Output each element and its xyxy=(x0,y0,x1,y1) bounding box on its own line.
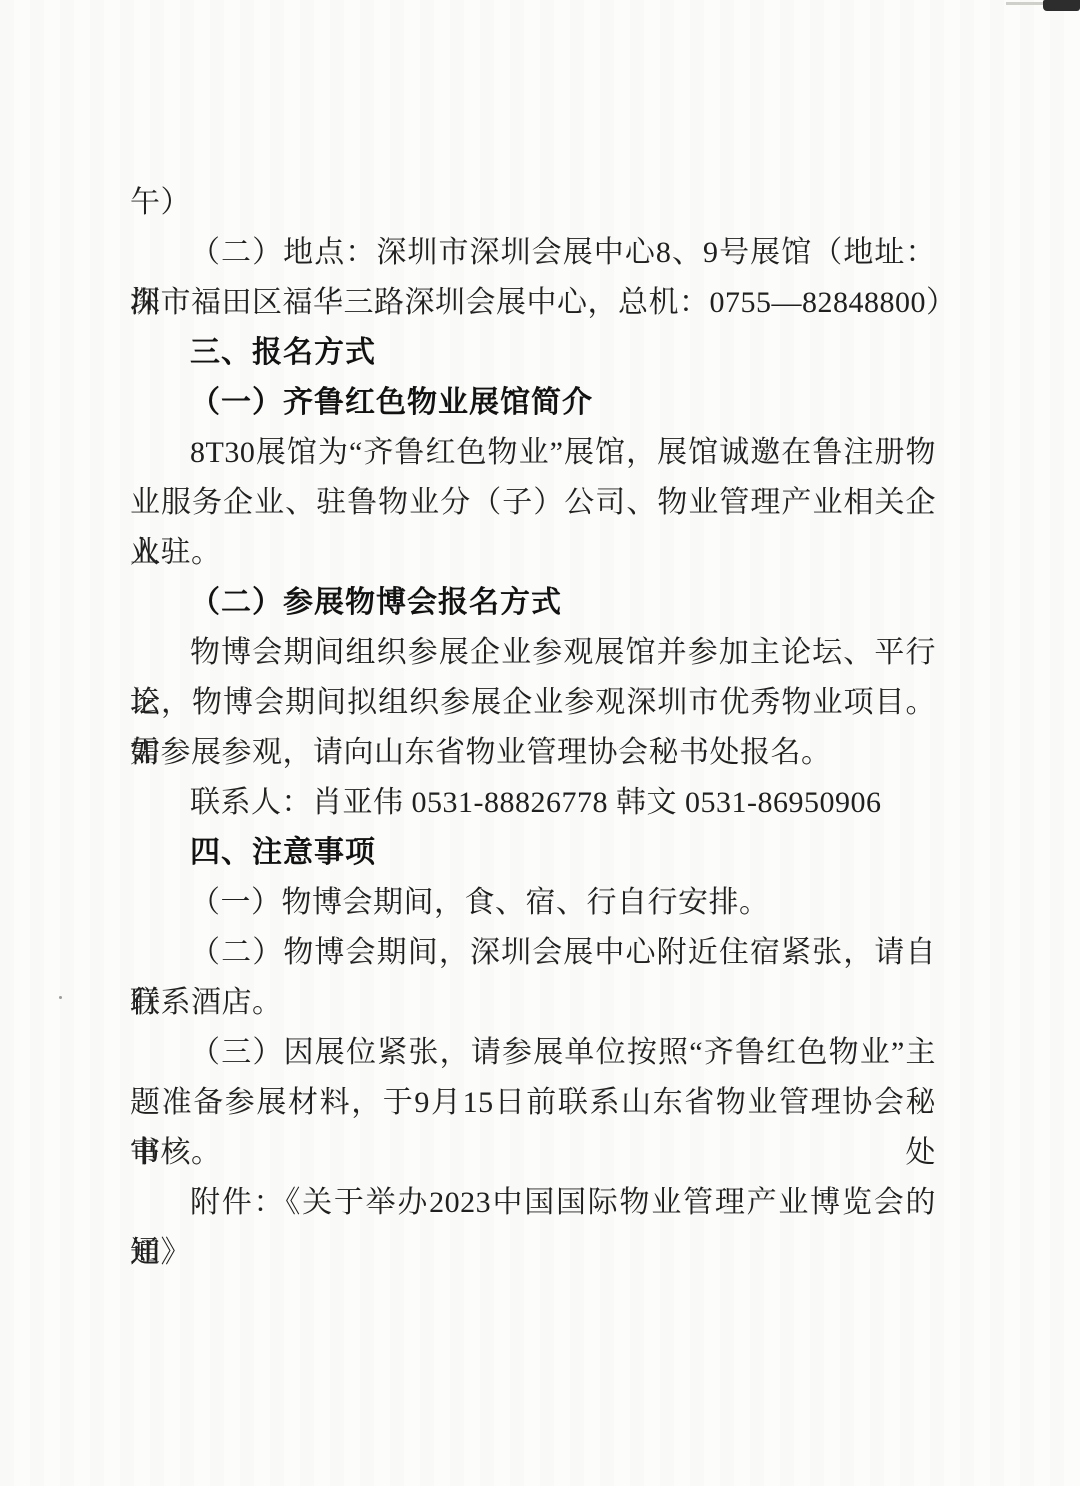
text-line: 业服务企业、驻鲁物业分（子）公司、物业管理产业相关企业 xyxy=(130,478,936,528)
scanned-document-page: 午）（二）地点：深圳市深圳会展中心8、9号展馆（地址：深圳市福田区福华三路深圳会… xyxy=(0,0,1080,1486)
text-line: 联系人：肖亚伟 0531-88826778 韩文 0531-86950906 xyxy=(130,778,936,828)
text-line: 知》 xyxy=(130,1228,936,1278)
heading-line: （一）齐鲁红色物业展馆简介 xyxy=(130,378,936,428)
text-line: 圳市福田区福华三路深圳会展中心，总机：0755—82848800） xyxy=(130,278,936,328)
text-line: 题准备参展材料，于9月15日前联系山东省物业管理协会秘书处 xyxy=(130,1078,936,1128)
text-line: 附件：《关于举办2023中国国际物业管理产业博览会的通 xyxy=(130,1178,936,1228)
text-line: 午） xyxy=(130,178,936,228)
text-line: （一）物博会期间，食、宿、行自行安排。 xyxy=(130,878,936,928)
scan-artifact-line xyxy=(1006,2,1044,5)
text-line: 物博会期间组织参展企业参观展馆并参加主论坛、平行论 xyxy=(130,628,936,678)
heading-line: 三、报名方式 xyxy=(130,328,936,378)
text-line: 坛，物博会期间拟组织参展企业参观深圳市优秀物业项目。如 xyxy=(130,678,936,728)
scan-artifact xyxy=(1043,0,1080,11)
text-line: （三）因展位紧张，请参展单位按照“齐鲁红色物业”主 xyxy=(130,1028,936,1078)
heading-line: 四、注意事项 xyxy=(130,828,936,878)
text-line: （二）物博会期间，深圳会展中心附近住宿紧张，请自行 xyxy=(130,928,936,978)
scan-speck xyxy=(59,996,62,999)
document-body: 午）（二）地点：深圳市深圳会展中心8、9号展馆（地址：深圳市福田区福华三路深圳会… xyxy=(130,178,936,1278)
heading-line: （二）参展物博会报名方式 xyxy=(130,578,936,628)
text-line: 入驻。 xyxy=(130,528,936,578)
text-line: 8T30展馆为“齐鲁红色物业”展馆，展馆诚邀在鲁注册物 xyxy=(130,428,936,478)
text-line: （二）地点：深圳市深圳会展中心8、9号展馆（地址：深 xyxy=(130,228,936,278)
text-line: 需参展参观，请向山东省物业管理协会秘书处报名。 xyxy=(130,728,936,778)
text-line: 联系酒店。 xyxy=(130,978,936,1028)
